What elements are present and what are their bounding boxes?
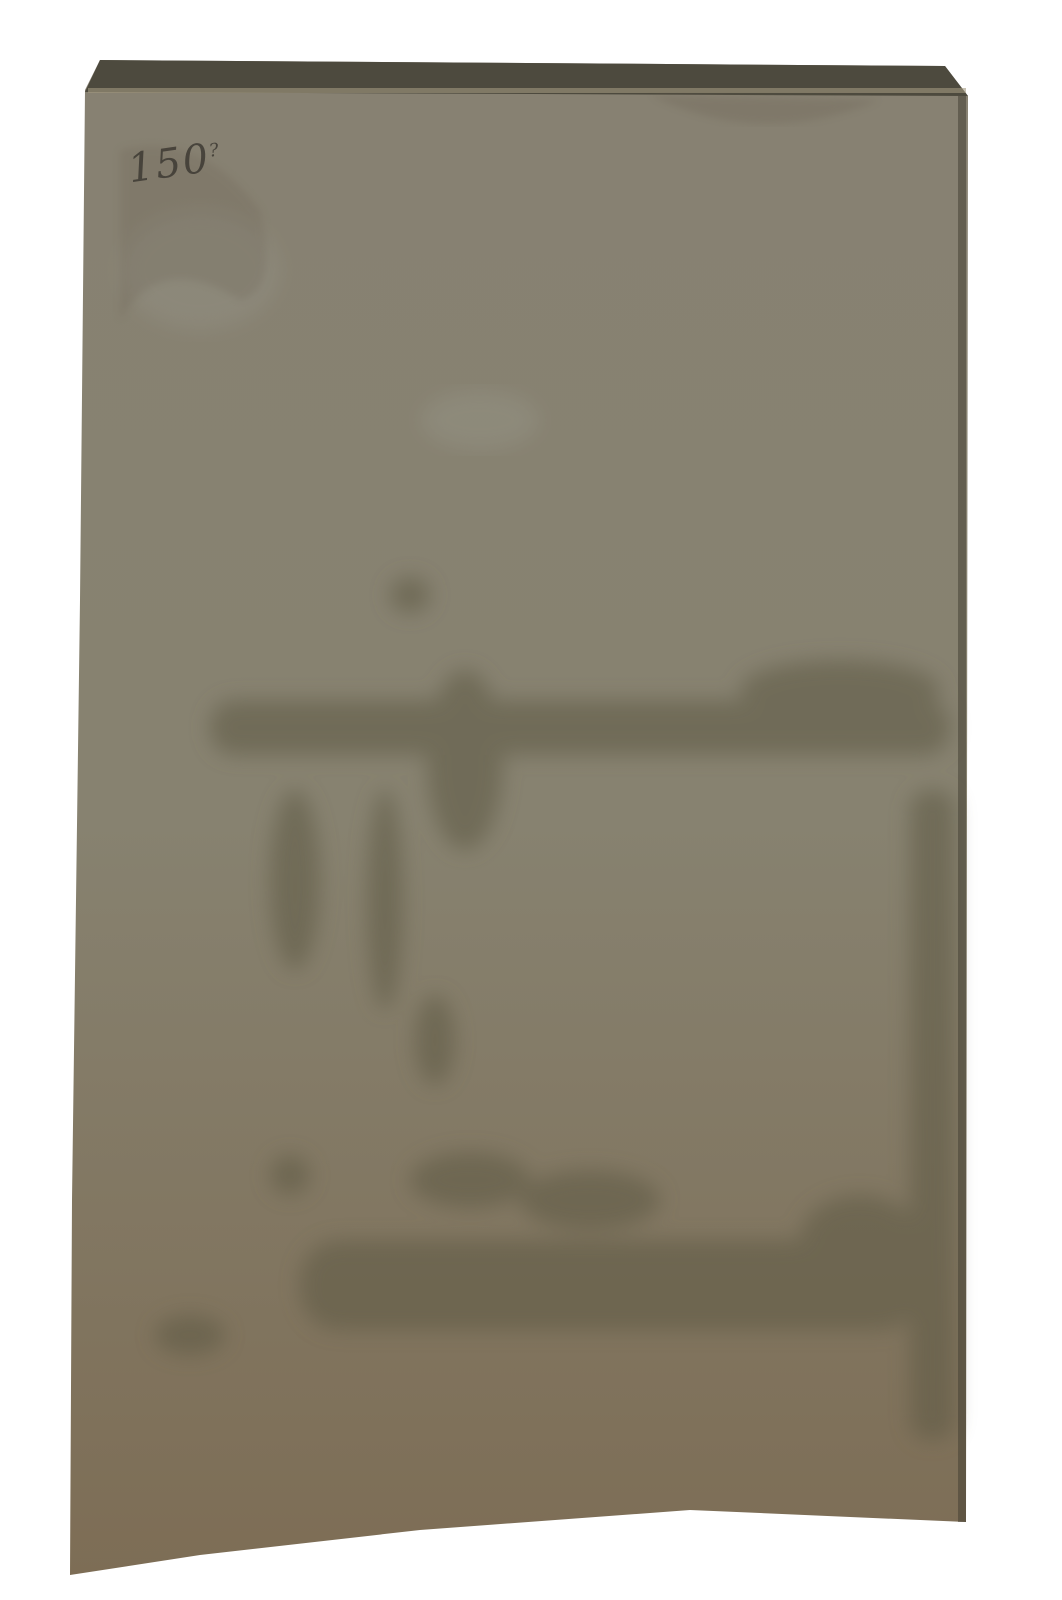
- book-cover: [0, 0, 1062, 1600]
